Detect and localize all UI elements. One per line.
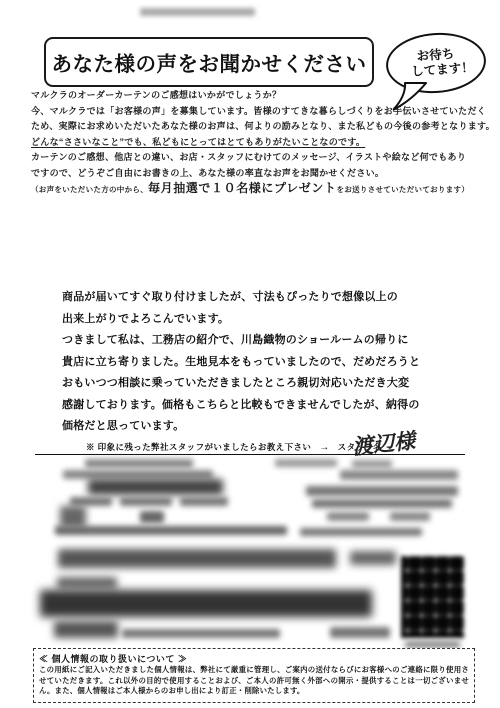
arrow-icon: → <box>319 442 329 453</box>
message-line: 感謝しております。価格もこちらと比較もできませんでしたが、納得の <box>62 394 462 416</box>
privacy-policy-box: ≪ 個人情報の取り扱いについて ≫ この用紙にご記入いただきました個人情報は、弊… <box>33 648 475 703</box>
redacted-text-blur <box>352 460 392 468</box>
prize-emphasis: 毎月抽選で１０名様にプレゼント <box>148 181 337 195</box>
bubble-text-line2: してます！ <box>411 60 474 79</box>
redacted-text-blur <box>300 528 422 536</box>
intro-line-5: カーテンのご感想、他店との違い、お店・スタッフにむけてのメッセージ、イラストや絵… <box>31 150 479 166</box>
redacted-text-blur <box>54 621 118 638</box>
prize-suffix: をお送りさせていただいております） <box>337 185 470 194</box>
redacted-text-blur <box>63 470 213 479</box>
redacted-address-blur <box>58 549 336 568</box>
scan-smudge <box>140 8 255 16</box>
redacted-text-blur <box>70 497 112 506</box>
prize-line: （お声をいただいた方の中から、毎月抽選で１０名様にプレゼントをお送りさせていただ… <box>31 181 479 198</box>
message-line: つきまして私は、工務店の紹介で、川島織物のショールームの帰りに <box>62 329 462 351</box>
redacted-text-blur <box>340 470 458 480</box>
divider-line <box>35 454 465 455</box>
intro-line-3: ため、実際にお求めいただいたあなた様のお声は、何よりの励みとなり、また私どもの今… <box>31 119 479 135</box>
redacted-text-blur <box>312 499 452 508</box>
staff-name-handwritten: 渡辺様 <box>351 425 417 461</box>
redacted-text-blur <box>327 512 369 521</box>
staff-prompt-row: ※ 印象に残った弊社スタッフがいましたらお教え下さい→スタッフ名 <box>86 441 382 453</box>
redacted-text-blur <box>405 641 460 648</box>
redacted-text-blur <box>140 511 164 523</box>
redacted-text-blur <box>180 497 228 506</box>
privacy-title: ≪ 個人情報の取り扱いについて ≫ <box>39 652 469 665</box>
intro-line-6: ですので、どうぞご自由にお書きの上、あなた様の率直なお声をお聞かせください。 <box>31 166 479 182</box>
redacted-name-blur <box>88 479 223 495</box>
redacted-text-blur <box>350 551 396 565</box>
prize-prefix: （お声をいただいた方の中から、 <box>31 185 148 194</box>
message-line: おもいつつ相談に乗っていただきましたところ親切対応いただき大変 <box>62 372 462 394</box>
redacted-text-blur <box>306 486 458 496</box>
message-line: 商品が届いてすぐ取り付けましたが、寸法もぴったりで想像以上の <box>62 286 462 308</box>
intro-underlined-sentence: どんな“ささいなこと”でも、私どもにとってはとてもありがたいことなのです。 <box>31 137 365 147</box>
redacted-text-blur <box>120 497 172 506</box>
staff-prompt: ※ 印象に残った弊社スタッフがいましたらお教え下さい <box>86 442 311 452</box>
redacted-text-blur <box>57 577 117 589</box>
customer-message: 商品が届いてすぐ取り付けましたが、寸法もぴったりで想像以上の 出来上がりでよろこ… <box>62 286 462 437</box>
privacy-body: この用紙にご記入いただきました個人情報は、弊社にて厳重に管理し、ご案内の送付なら… <box>39 665 469 697</box>
speech-bubble-tail-icon <box>393 82 435 114</box>
message-line: 貴店に立ち寄りました。生地見本をもっていましたので、だめだろうと <box>62 351 462 373</box>
qr-code-blurred <box>401 556 464 638</box>
redacted-text-blur <box>122 629 280 638</box>
intro-line-4: どんな“ささいなこと”でも、私どもにとってはとてもありがたいことなのです。 <box>31 135 479 151</box>
redacted-phone-blur <box>40 590 372 617</box>
redacted-stamp-blur <box>60 506 86 528</box>
scanned-feedback-form: あなた様の声をお聞かせください お待ち してます！ マルクラのオーダーカーテンの… <box>0 0 500 708</box>
redacted-text-blur <box>330 627 390 638</box>
redacted-text-blur <box>55 526 287 535</box>
form-title-box: あなた様の声をお聞かせください <box>44 37 374 87</box>
redacted-text-blur <box>275 459 337 467</box>
form-title: あなた様の声をお聞かせください <box>52 47 367 77</box>
redacted-text-blur <box>85 459 193 468</box>
message-line: 出来上がりでよろこんでいます。 <box>62 308 462 330</box>
redacted-text-blur <box>390 512 430 521</box>
